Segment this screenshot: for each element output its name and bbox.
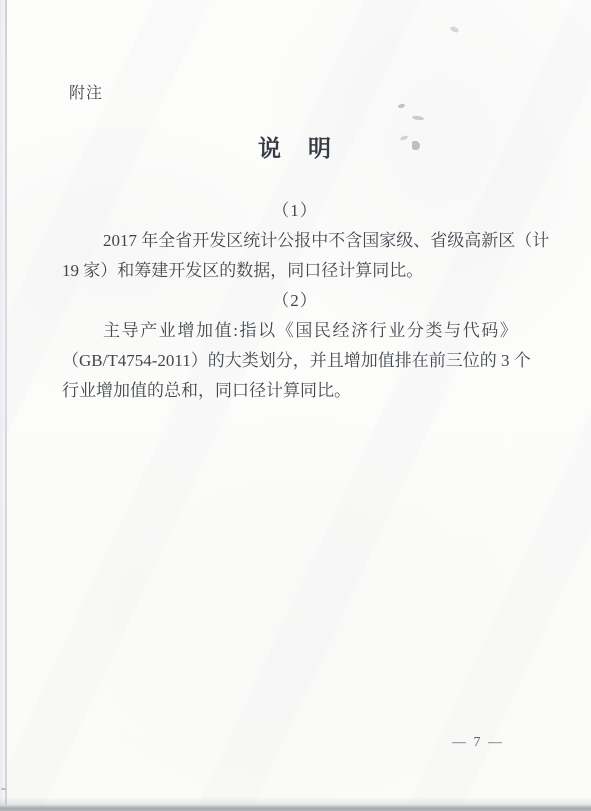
document-title: 说 明 [0, 130, 591, 163]
document-body: （1） 2017 年全省开发区统计公报中不含国家级、省级高新区（计 19 家）和… [62, 196, 528, 406]
paragraph-line: 19 家）和筹建开发区的数据，同口径计算同比。 [62, 256, 528, 286]
scanned-document-page: 附注 说 明 （1） 2017 年全省开发区统计公报中不含国家级、省级高新区（计… [0, 0, 591, 811]
scan-bottom-fade [0, 797, 591, 805]
scan-artifact [449, 25, 459, 33]
section-number-2: （2） [62, 286, 528, 316]
paragraph-line: （GB/T4754-2011）的大类划分，并且增加值排在前三位的 3 个 [62, 346, 528, 376]
paragraph-line: 行业增加值的总和，同口径计算同比。 [62, 376, 528, 406]
scan-artifact [398, 103, 406, 109]
scan-bottom-edge [0, 805, 591, 811]
paragraph-line: 主导产业增加值:指以《国民经济行业分类与代码》 [62, 316, 528, 346]
section-number-1: （1） [62, 196, 528, 226]
page-number: — 7 — [448, 735, 508, 751]
paragraph-line: 2017 年全省开发区统计公报中不含国家级、省级高新区（计 [62, 226, 528, 256]
scan-artifact [1, 788, 6, 790]
note-label: 附注 [69, 80, 103, 103]
scan-artifact [412, 115, 424, 121]
scan-left-edge-line [5, 0, 7, 811]
